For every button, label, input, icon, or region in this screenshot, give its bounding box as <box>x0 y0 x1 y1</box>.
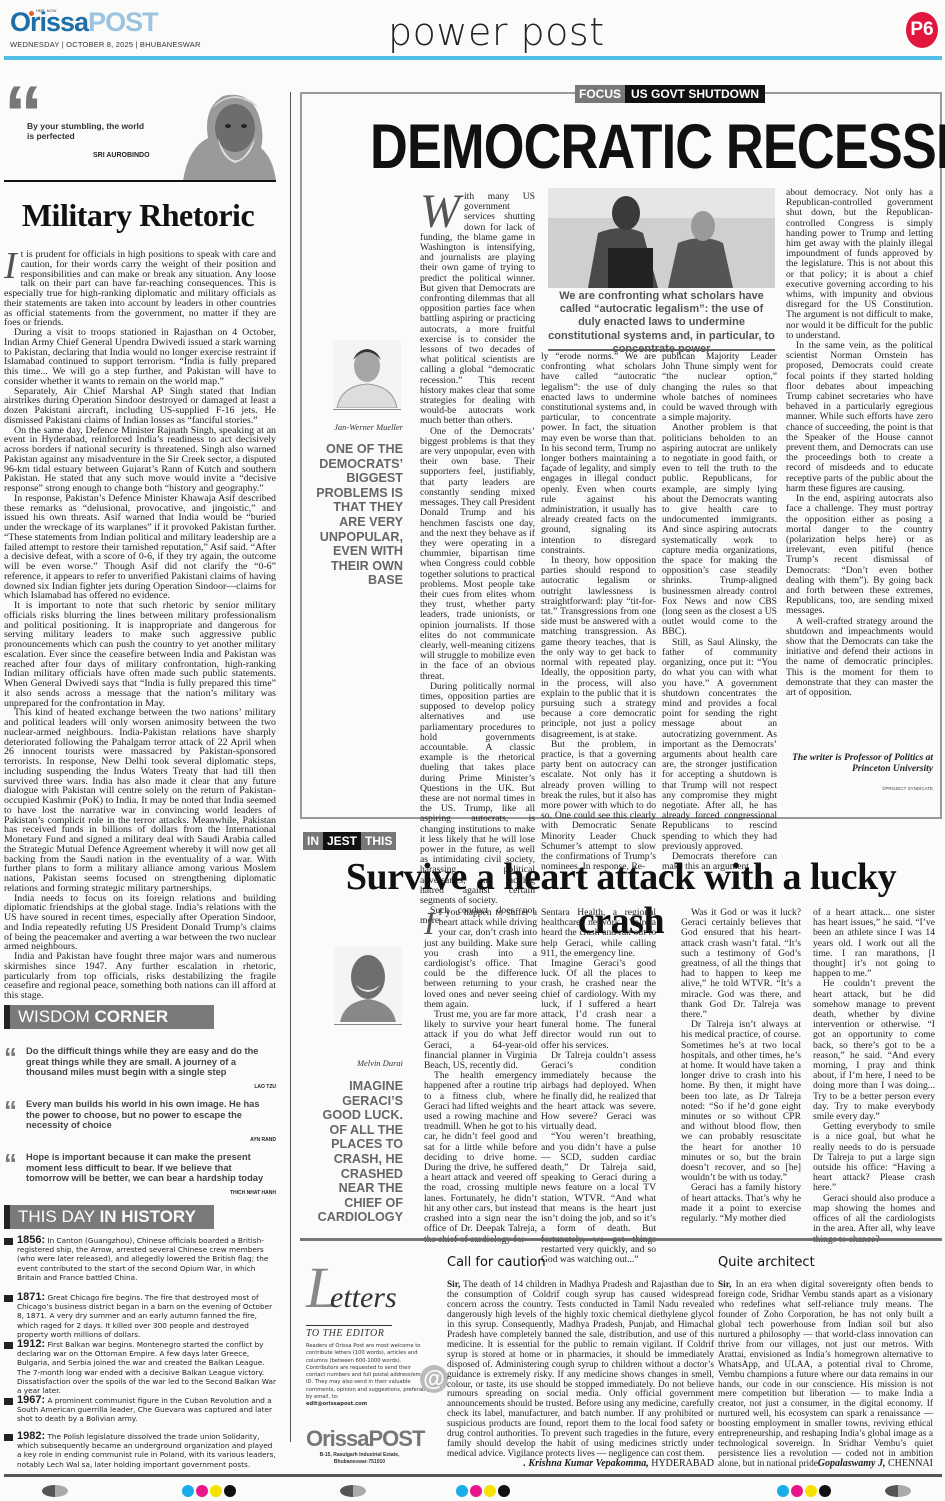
page-number-badge: P6 <box>906 12 938 48</box>
wisdom-quote-author: LAO TZU <box>4 1084 276 1090</box>
editor-email-link[interactable]: edit@orissapost.com <box>306 1401 367 1407</box>
cmyk-color-dots <box>182 1485 236 1497</box>
letters-info: Readers of Orissa Post are most welcome … <box>306 1343 431 1409</box>
letter-signature: . Krishna Kumar Vepakomma, HYDERABAD <box>447 1458 714 1469</box>
syndicate-credit: ©PROJECT SYNDICATE <box>790 786 933 791</box>
orissapost-logo-small: OrissaPOST <box>306 1426 424 1452</box>
wisdom-quote: “ Do the difficult things while they are… <box>4 1046 276 1090</box>
editorial-paragraph: India and Pakistan have fought three maj… <box>4 952 276 1001</box>
author-byline: Jan-Werner Mueller <box>305 422 403 432</box>
senators-press-photo <box>548 188 775 288</box>
focus-kicker: FOCUSUS GOVT SHUTDOWN <box>575 85 765 103</box>
wisdom-quote-author: AYN RAND <box>4 1137 276 1143</box>
wisdom-quote: “ Hope is important because it can make … <box>4 1152 276 1196</box>
photo-rule <box>333 409 401 410</box>
masthead: OrissaPOST HER. NOW WEDNESDAY | OCTOBER … <box>0 0 945 62</box>
editorial-body: It is prudent for officials in high posi… <box>4 250 276 1001</box>
quote-text: By your stumbling, the world is perfecte… <box>27 121 147 141</box>
jest-kicker: INJESTTHIS <box>303 832 396 850</box>
logo-dot-icon <box>29 11 34 16</box>
editorial-paragraph: India needs to focus on its foreign rela… <box>4 894 276 953</box>
bullet-square-icon <box>4 1398 13 1405</box>
photo-caption: We are confronting what scholars have ca… <box>548 290 775 356</box>
pull-quote: ONE OF THE DEMOCRATS’ BIGGEST PROBLEMS I… <box>305 442 403 588</box>
masthead-rule <box>4 56 942 60</box>
letter-body: Sir, The death of 14 children in Madhya … <box>447 1281 714 1460</box>
cmyk-color-dots <box>777 1485 831 1497</box>
section-title: power post <box>388 10 605 54</box>
focus-headline: DEMOCRATIC RECESSION <box>370 110 878 184</box>
sri-aurobindo-portrait <box>163 88 276 181</box>
letters-title: etters <box>330 1281 397 1315</box>
bullet-square-icon <box>4 1342 13 1349</box>
jest-column-2: Sentara Health, a regional healthcare ne… <box>541 908 656 1265</box>
quote-mark-icon: “ <box>4 1046 17 1068</box>
column-divider <box>290 92 291 1442</box>
letter-title: Quite architect <box>718 1255 815 1270</box>
jest-column-4: of a heart attack... one sister has hear… <box>813 908 935 1245</box>
bullet-square-icon <box>4 1295 13 1302</box>
editorial-paragraph: On the same day, Defence Minister Rajnat… <box>4 426 276 494</box>
letter-signature: Gopalaswamy J, CHENNAI <box>718 1458 933 1469</box>
jest-column-1: If you happen to suffer a heart attack w… <box>424 908 537 1245</box>
author-photo <box>333 340 401 408</box>
bullet-square-icon <box>4 1238 13 1245</box>
author-credit: The writer is Professor of Politics at P… <box>790 753 933 775</box>
office-address: B-15, Rasulgarh Industrial Estate, Bhuba… <box>306 1452 413 1465</box>
focus-column-3: publican Majority Leader John Thune simp… <box>662 352 777 872</box>
editorial-paragraph: Separately, Air Chief Marshal AP Singh s… <box>4 387 276 426</box>
focus-column-2: ly “erode norms.” We are confronting wha… <box>541 352 656 872</box>
focus-dropcap: W <box>420 193 460 231</box>
this-day-header: THIS DAY IN HISTORY <box>4 1205 214 1229</box>
focus-column-4: about democracy. Not only has a Republic… <box>786 188 933 698</box>
letter-body: Sir, In an era when digital sovereignty … <box>718 1281 933 1470</box>
jest-column-3: Was it God or was it luck? Geraci certai… <box>681 908 801 1224</box>
editorial-paragraph: This kind of heated exchange between the… <box>4 708 276 893</box>
registration-mark-icon <box>885 1485 911 1497</box>
author-photo <box>334 947 402 1022</box>
editorial-paragraph: It is prudent for officials in high posi… <box>4 250 276 328</box>
wisdom-quote-author: THICH NHAT HANH <box>4 1190 276 1196</box>
editorial-paragraph: It is important to note that such rhetor… <box>4 601 276 708</box>
editorial-dropcap: I <box>4 251 17 281</box>
bullet-square-icon <box>4 1434 13 1441</box>
letter-title: Call for caution <box>447 1255 546 1270</box>
editorial-paragraph: During a visit to troops stationed in Ra… <box>4 328 276 387</box>
jest-dropcap: I <box>424 909 435 937</box>
history-item: 1856: In Canton (Guangzhou), Chinese off… <box>4 1236 276 1282</box>
author-byline: Melvin Durai <box>305 1058 403 1068</box>
focus-column-1: With many US government services shuttin… <box>420 192 535 927</box>
quote-mark-icon: “ <box>4 1099 17 1121</box>
quote-mark-icon: “ <box>4 1152 17 1174</box>
footer-rule <box>4 1474 942 1477</box>
registration-mark-icon <box>340 1485 366 1497</box>
dateline: WEDNESDAY | OCTOBER 8, 2025 | BHUBANESWA… <box>10 40 201 49</box>
registration-mark-icon <box>42 1485 68 1497</box>
wisdom-quote: “ Every man builds his world in his own … <box>4 1099 276 1143</box>
quote-author: SRI AUROBINDO <box>93 152 150 159</box>
letters-subtitle: TO THE EDITOR <box>306 1328 384 1339</box>
history-item: 1982: The Polish legislature dissolved t… <box>4 1432 276 1469</box>
pull-quote: IMAGINE GERACI’S GOOD LUCK. OF ALL THE P… <box>305 1079 403 1225</box>
editorial-title: Military Rhetoric <box>0 197 276 234</box>
wisdom-corner-header: WISDOM CORNER <box>4 1005 214 1029</box>
history-item: 1912: First Balkan war begins. Montenegr… <box>4 1340 276 1395</box>
cmyk-color-dots <box>456 1485 510 1497</box>
photo-rule <box>334 1024 402 1025</box>
quote-divider <box>4 180 276 182</box>
editorial-paragraph: In response, Pakistan’s Defence Minister… <box>4 494 276 601</box>
letters-rule <box>306 1325 392 1326</box>
history-item: 1871: Great Chicago fire begins. The fir… <box>4 1293 276 1339</box>
history-item: 1967: A prominent communist figure in th… <box>4 1396 276 1424</box>
logo-tagline: HER. NOW <box>36 8 56 13</box>
section-divider <box>300 1238 942 1241</box>
email-at-icon: @ <box>420 1365 448 1393</box>
